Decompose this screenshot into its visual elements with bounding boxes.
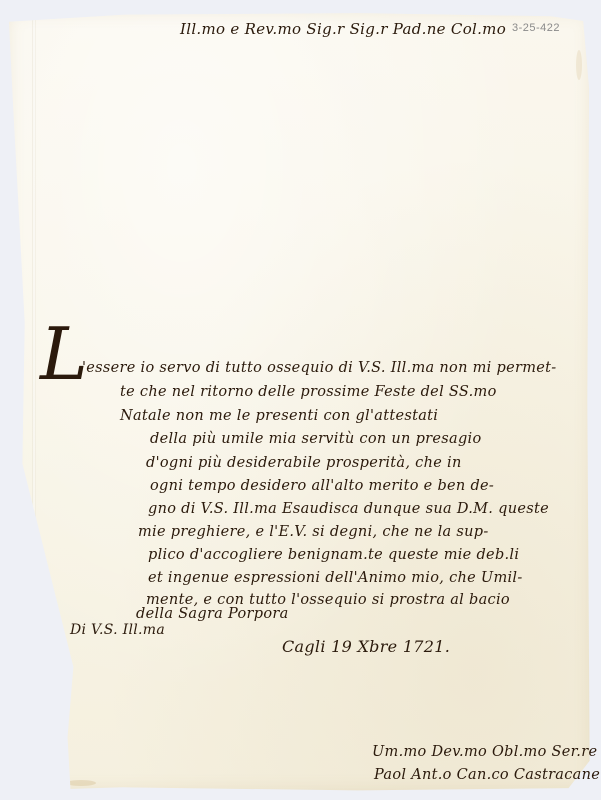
signature-line-1: Um.mo Dev.mo Obl.mo Ser.re et Pte bbox=[372, 744, 601, 760]
body-line: plico d'accogliere benignam.te queste mi… bbox=[148, 547, 519, 563]
body-line: della Sagra Porpora bbox=[136, 606, 289, 622]
signature-line-2: Paol Ant.o Can.co Castracane bbox=[374, 767, 600, 783]
paper-stain bbox=[26, 700, 34, 724]
closing-formula: Di V.S. Ill.ma bbox=[70, 622, 165, 638]
paper-stain bbox=[576, 50, 582, 80]
body-line: et ingenue espressioni dell'Animo mio, c… bbox=[148, 570, 523, 586]
body-line: della più umile mia servitù con un presa… bbox=[150, 431, 482, 447]
paper-stain bbox=[66, 780, 96, 786]
body-line: 'essere io servo di tutto ossequio di V.… bbox=[82, 360, 556, 376]
letter-heading: Ill.mo e Rev.mo Sig.r Sig.r Pad.ne Col.m… bbox=[180, 20, 506, 38]
body-line: gno di V.S. Ill.ma Esaudisca dunque sua … bbox=[148, 501, 549, 517]
paper-stain bbox=[36, 10, 48, 16]
body-line: te che nel ritorno delle prossime Feste … bbox=[120, 384, 497, 400]
place-and-date: Cagli 19 Xbre 1721. bbox=[282, 637, 450, 656]
body-line: ogni tempo desidero all'alto merito e be… bbox=[150, 478, 494, 494]
body-line: mie preghiere, e l'E.V. si degni, che ne… bbox=[138, 524, 489, 540]
archive-number: 3-25-422 bbox=[512, 22, 560, 34]
body-line: d'ogni più desiderabile prosperità, che … bbox=[146, 455, 462, 471]
decorated-initial: L bbox=[40, 318, 88, 390]
body-line: Natale non me le presenti con gl'attesta… bbox=[120, 408, 438, 424]
letter-paper bbox=[6, 10, 592, 792]
